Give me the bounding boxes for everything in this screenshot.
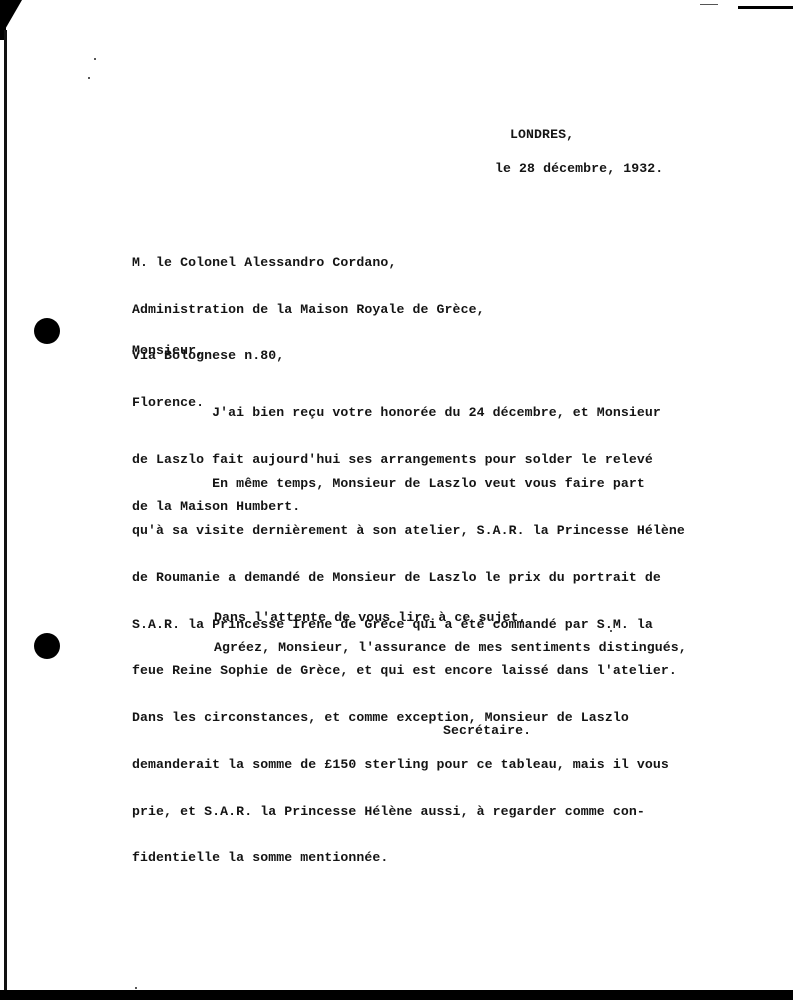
paragraph-line: feue Reine Sophie de Grèce, et qui est e… — [132, 663, 685, 679]
scan-speck-line — [700, 4, 718, 5]
paragraph-2: En même temps, Monsieur de Laszlo veut v… — [132, 445, 685, 897]
dust-speck — [88, 77, 90, 79]
paragraph-line: J'ai bien reçu votre honorée du 24 décem… — [132, 405, 661, 421]
paragraph-line: En même temps, Monsieur de Laszlo veut v… — [132, 476, 685, 492]
dust-speck — [94, 58, 96, 60]
closing-line: Dans l'attente de vous lire à ce sujet, — [214, 610, 527, 625]
punch-hole-icon — [34, 633, 60, 659]
letter-page: LONDRES, le 28 décembre, 1932. M. le Col… — [0, 0, 793, 1000]
scan-left-edge — [4, 30, 7, 990]
paragraph-line: demanderait la somme de £150 sterling po… — [132, 757, 685, 773]
signature: Secrétaire. — [443, 723, 531, 738]
letter-place: LONDRES, — [510, 127, 574, 142]
paragraph-line: qu'à sa visite dernièrement à son atelie… — [132, 523, 685, 539]
closing-line: Agréez, Monsieur, l'assurance de mes sen… — [214, 640, 687, 655]
paragraph-line: fidentielle la somme mentionnée. — [132, 850, 685, 866]
dust-speck — [135, 987, 137, 989]
paragraph-line: Dans les circonstances, et comme excepti… — [132, 710, 685, 726]
recipient-line: Administration de la Maison Royale de Gr… — [132, 302, 485, 318]
letter-date: le 28 décembre, 1932. — [495, 161, 663, 176]
paragraph-line: de Roumanie a demandé de Monsieur de Las… — [132, 570, 685, 586]
scan-top-right-mark — [738, 6, 793, 9]
punch-hole-icon — [34, 318, 60, 344]
recipient-line: M. le Colonel Alessandro Cordano, — [132, 255, 485, 271]
scan-bottom-edge — [0, 990, 793, 1000]
paragraph-line: prie, et S.A.R. la Princesse Hélène auss… — [132, 804, 685, 820]
salutation: Monsieur, — [132, 343, 204, 358]
